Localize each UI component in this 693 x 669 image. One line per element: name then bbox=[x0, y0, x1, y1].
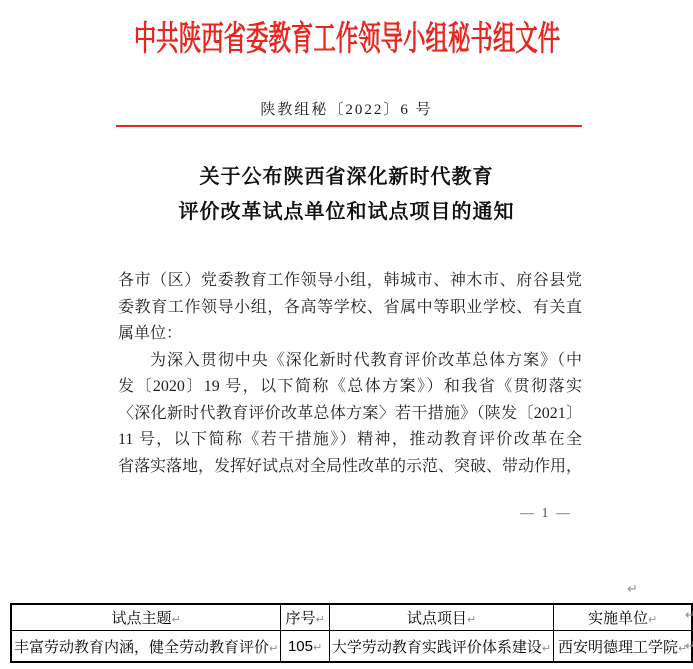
pilot-projects-table: 试点主题↵ 序号↵ 试点项目↵ 实施单位↵ 丰富劳动教育内涵，健全劳动教育评价↵… bbox=[10, 603, 693, 663]
document-title-line2: 评价改革试点单位和试点项目的通知 bbox=[0, 195, 693, 230]
document-page: 中共陕西省委教育工作领导小组秘书组文件 陕教组秘〔2022〕6 号 关于公布陕西… bbox=[0, 0, 693, 669]
paragraph-mark-icon: ↵ bbox=[172, 613, 181, 626]
header-cell-text: 序号 bbox=[285, 610, 315, 627]
table-header-cell-project: 试点项目↵ bbox=[329, 604, 553, 631]
body-line: 省落实落地，发挥好试点对全局性改革的示范、突破、带动作用， bbox=[118, 454, 582, 481]
table-cell-theme: 丰富劳动教育内涵，健全劳动教育评价↵ bbox=[11, 631, 281, 663]
masthead-text: 中共陕西省委教育工作领导小组秘书组文件 bbox=[133, 11, 559, 60]
paragraph-mark-icon: ↵ bbox=[313, 641, 322, 654]
paragraph-mark-icon: ↵ bbox=[467, 613, 476, 626]
header-cell-text: 实施单位 bbox=[588, 610, 648, 627]
body-line: 委教育工作领导小组，各高等学校、省属中等职业学校、有关直 bbox=[118, 295, 582, 322]
table-header-row: 试点主题↵ 序号↵ 试点项目↵ 实施单位↵ bbox=[11, 604, 692, 631]
table-cell-number: 105↵ bbox=[281, 631, 330, 663]
table-row: 丰富劳动教育内涵，健全劳动教育评价↵ 105↵ 大学劳动教育实践评价体系建设↵ … bbox=[11, 631, 692, 663]
cell-text: 大学劳动教育实践评价体系建设 bbox=[332, 639, 542, 656]
body-line: 各市（区）党委教育工作领导小组，韩城市、神木市、府谷县党 bbox=[118, 268, 582, 295]
paragraph-mark-icon: ↵ bbox=[542, 642, 551, 655]
paragraph-mark-icon: ↵ bbox=[648, 613, 657, 626]
cell-text: 105 bbox=[288, 638, 313, 655]
header-cell-text: 试点主题 bbox=[112, 610, 172, 627]
document-masthead: 中共陕西省委教育工作领导小组秘书组文件 bbox=[0, 11, 693, 60]
document-number: 陕教组秘〔2022〕6 号 bbox=[0, 98, 693, 119]
table-header-cell-theme: 试点主题↵ bbox=[11, 604, 281, 631]
document-title: 关于公布陕西省深化新时代教育 评价改革试点单位和试点项目的通知 bbox=[0, 160, 693, 230]
paragraph-mark-icon: ↵ bbox=[315, 613, 324, 626]
paragraph-mark-icon: ↵ bbox=[269, 642, 278, 655]
cell-text: 丰富劳动教育内涵，健全劳动教育评价 bbox=[14, 639, 269, 656]
table-cell-unit: 西安明德理工学院↵ bbox=[554, 631, 692, 663]
document-title-line1: 关于公布陕西省深化新时代教育 bbox=[0, 160, 693, 195]
body-line: 发〔2020〕19 号，以下简称《总体方案》）和我省《贯彻落实 bbox=[118, 374, 582, 401]
row-end-mark-icon: ↵ bbox=[685, 639, 693, 654]
body-line: 为深入贯彻中央《深化新时代教育评价改革总体方案》（中 bbox=[118, 348, 582, 375]
page-number: — 1 — bbox=[520, 506, 572, 522]
table-header-cell-number: 序号↵ bbox=[281, 604, 330, 631]
row-end-mark-icon: ↵ bbox=[685, 608, 693, 623]
paragraph-mark-icon: ↵ bbox=[627, 582, 638, 597]
header-cell-text: 试点项目 bbox=[407, 610, 467, 627]
cell-text: 西安明德理工学院 bbox=[558, 639, 678, 656]
body-line: 11 号，以下简称《若干措施》）精神，推动教育评价改革在全 bbox=[118, 427, 582, 454]
red-divider-rule bbox=[116, 125, 582, 127]
body-line: 〈深化新时代教育评价改革总体方案〉若干措施》（陕发〔2021〕 bbox=[118, 401, 582, 428]
table-header-cell-unit: 实施单位↵ bbox=[554, 604, 692, 631]
body-line: 属单位： bbox=[118, 321, 582, 348]
table-cell-project: 大学劳动教育实践评价体系建设↵ bbox=[329, 631, 553, 663]
document-body: 各市（区）党委教育工作领导小组，韩城市、神木市、府谷县党 委教育工作领导小组，各… bbox=[118, 268, 582, 480]
